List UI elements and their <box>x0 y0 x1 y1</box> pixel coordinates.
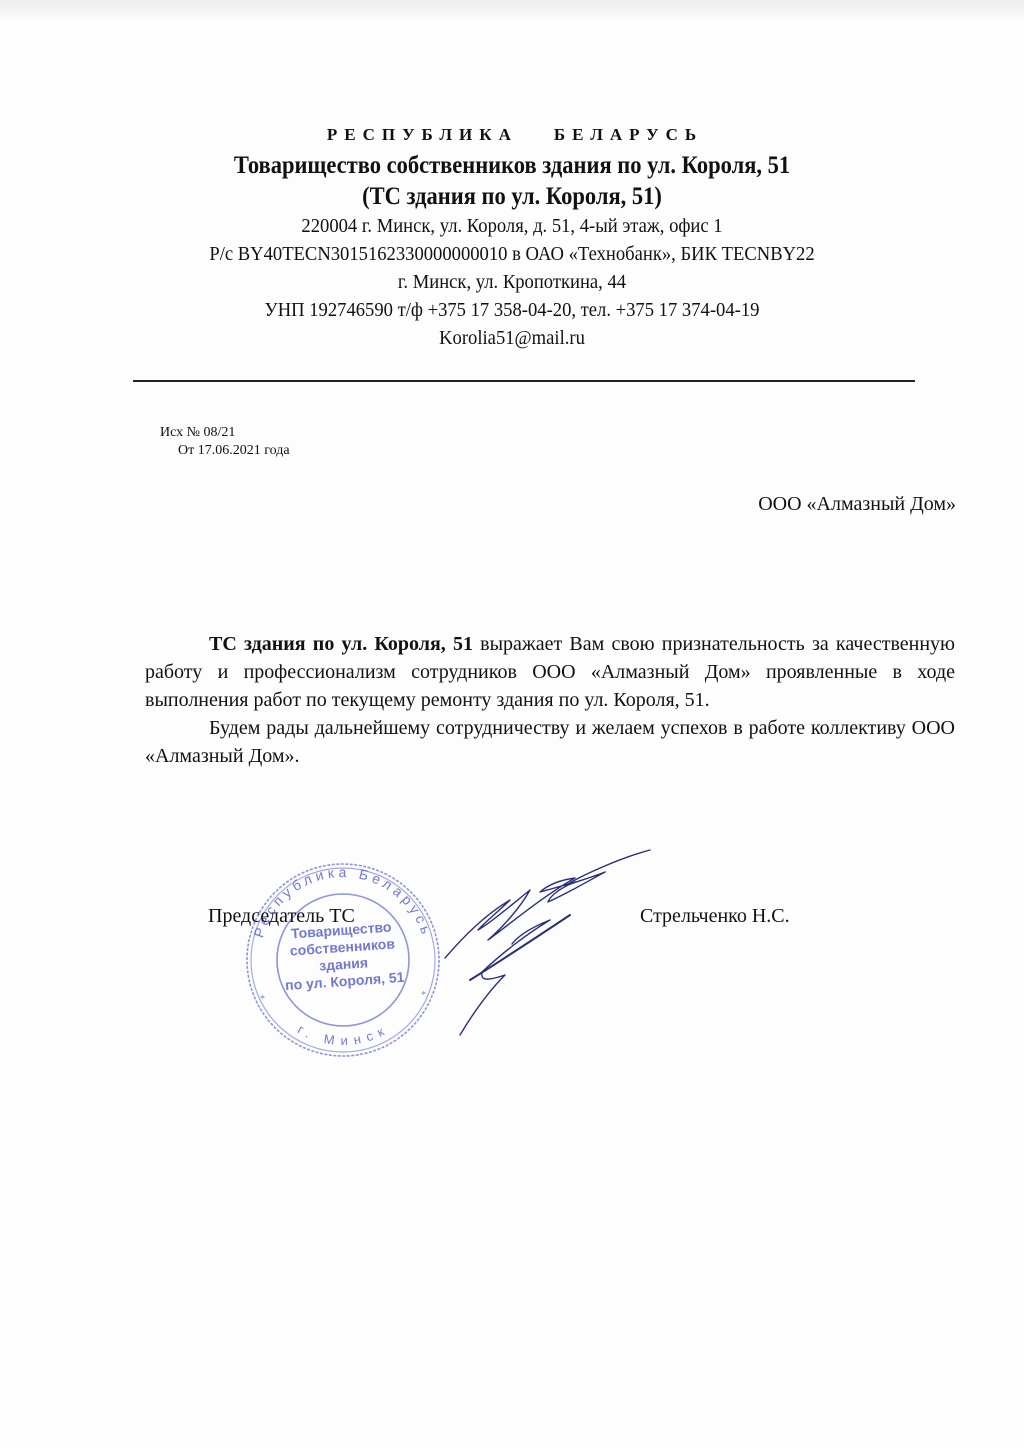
country-part-1: РЕСПУБЛИКА <box>327 125 518 144</box>
letter-body: ТС здания по ул. Короля, 51 выражает Вам… <box>145 630 955 770</box>
signatory-title: Председатель ТС <box>208 905 355 928</box>
letterhead-divider <box>133 380 915 382</box>
contact-details: УНП 192746590 т/ф +375 17 358-04-20, тел… <box>36 296 988 324</box>
signature-scribble-icon <box>430 840 670 1040</box>
official-stamp: Республика Беларусь г. Минск * * Товарищ… <box>238 852 448 1062</box>
bank-address: г. Минск, ул. Кропоткина, 44 <box>36 268 988 296</box>
outgoing-number: Исх № 08/21 <box>160 424 290 442</box>
recipient: ООО «Алмазный Дом» <box>758 493 956 516</box>
svg-text:*: * <box>421 990 426 1001</box>
country-heading: РЕСПУБЛИКАБЕЛАРУСЬ <box>6 120 1024 150</box>
organization-address: 220004 г. Минск, ул. Короля, д. 51, 4-ый… <box>36 212 988 240</box>
scan-edge-shading <box>0 0 1024 22</box>
outgoing-date: От 17.06.2021 года <box>160 442 290 460</box>
outgoing-reference: Исх № 08/21 От 17.06.2021 года <box>160 424 290 460</box>
organization-name: Товарищество собственников здания по ул.… <box>51 150 973 181</box>
handwritten-signature <box>430 840 670 1040</box>
letterhead: РЕСПУБЛИКАБЕЛАРУСЬ Товарищество собствен… <box>0 120 1024 352</box>
body-paragraph-2: Будем рады дальнейшему сотрудничеству и … <box>145 714 955 770</box>
country-part-2: БЕЛАРУСЬ <box>554 125 703 144</box>
body-paragraph-1-subject: ТС здания по ул. Короля, 51 <box>209 633 473 655</box>
organization-short-name: (ТС здания по ул. Короля, 51) <box>51 181 973 212</box>
body-paragraph-1: ТС здания по ул. Короля, 51 выражает Вам… <box>145 630 955 714</box>
bank-account: Р/с BY40TECN3015162330000000010 в ОАО «Т… <box>36 240 988 268</box>
email: Korolia51@mail.ru <box>36 324 988 352</box>
